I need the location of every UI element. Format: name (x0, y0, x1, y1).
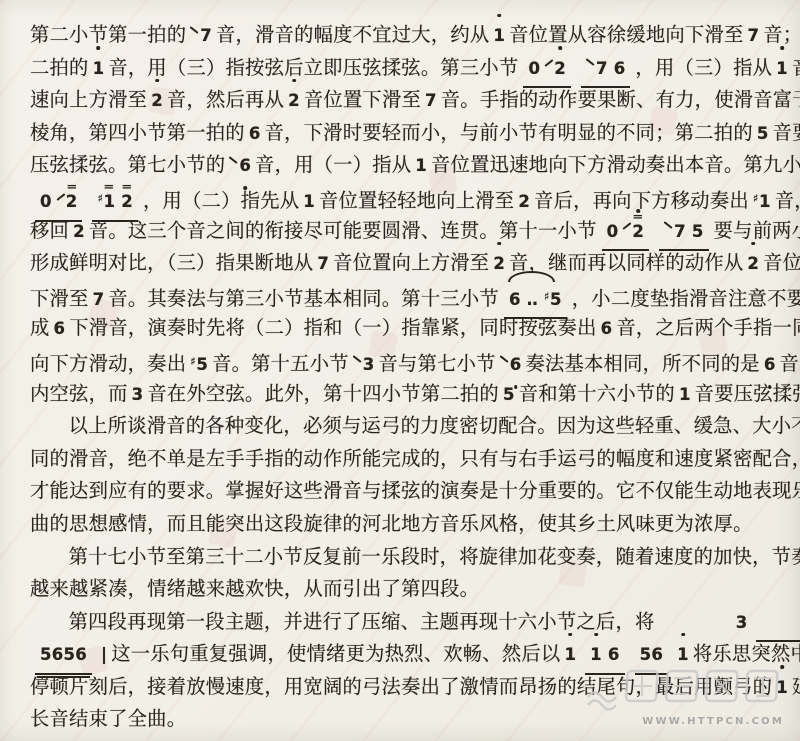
jianpu-note: 1 (677, 639, 689, 672)
text-line: 长音结束了全曲。 (30, 704, 778, 737)
jianpu-note: 5656 (40, 639, 87, 672)
slide-down-icon (663, 221, 672, 229)
text-line: 同的滑音，绝不单是左手手指的动作所能完成的，只有与右手运弓的幅度和速度紧密配合， (30, 444, 778, 477)
jianpu-note: 1 (776, 672, 788, 705)
jianpu-note: 7 (425, 85, 437, 118)
jianpu-note: 6 (500, 349, 522, 382)
jianpu-group: 76 (581, 53, 630, 89)
text-line: 成6下滑音，演奏时先将（二）指和（一）指靠紧，同时按弦奏出6音，之后两个手指一同… (30, 313, 778, 346)
text-run: 向下方滑动，奏出 (30, 354, 186, 375)
text-run: 音在 (780, 354, 800, 375)
text-run: 音。这三个音之间的衔接尽可能要圆滑、连贯。第十一小节 (89, 221, 597, 242)
jianpu-note: 3 (132, 379, 144, 412)
text-run: 音位置从容徐缓地向下滑至 (509, 25, 743, 46)
text-run: 棱角，第四小节第一拍的 (30, 123, 245, 144)
text-line: 棱角，第四小节第一拍的6音，下滑时要轻而小，与前小节有明显的不同；第二拍的5音要 (30, 118, 778, 151)
text-line: 第四段再现第一段主题，并进行了压缩、主题再现十六小节之后，将3352321|72… (30, 607, 778, 640)
text-run: 音在外空弦。此外，第十四小节第二拍的 (147, 384, 499, 405)
jianpu-note: 7 (586, 53, 608, 86)
jianpu-note: 1 (679, 379, 691, 412)
jianpu-note: 5 (757, 118, 769, 151)
text-run: 音要压弦揉弦。 (695, 384, 800, 405)
text-run: 二拍的 (30, 58, 89, 79)
jianpu-note: 6 (608, 639, 620, 672)
text-line: 停顿片刻后，接着放慢速度，用宽阔的弓法奏出了激情而昂扬的结尾句，最后用颤弓的1延 (30, 672, 778, 705)
text-line: 越来越紧凑，情绪越来越欢快，从而引出了第四段。 (30, 574, 778, 607)
jianpu-note: 7 (664, 216, 686, 249)
text-line: 形成鲜明对比，（三）指果断地从7音位置向上方滑至2音，继而再以同样的动作从2音位… (30, 248, 778, 281)
jianpu-note: 2 (58, 186, 78, 219)
jianpu-note: 6 (614, 53, 626, 86)
jianpu-note: 3 (353, 349, 375, 382)
text-run: 音位置迅速地向下方滑动奏出本音。第九小节 (431, 155, 800, 176)
jianpu-note: 1 (776, 53, 788, 86)
jianpu-group: 75 (659, 216, 708, 252)
text-run: 移回 (30, 221, 69, 242)
text-line: 5656|这一乐句重复强调，使情绪更为热烈、欢畅、然后以116561将乐思突然中… (30, 639, 778, 672)
jianpu-note: 2 (747, 248, 759, 281)
text-run: 音位置向上方滑至 (333, 253, 489, 274)
jianpu-note: 2 (73, 216, 85, 249)
jianpu-group: 16 (585, 639, 624, 675)
jianpu-note: 2 (121, 186, 133, 219)
text-run: 音。手指的动作要果断、有力，使滑音富于 (441, 90, 800, 111)
jianpu-note: 2 (288, 85, 300, 118)
text-run: 音位置 (763, 253, 800, 274)
jianpu-note: 6 (509, 284, 521, 317)
jianpu-note: 5 (503, 379, 515, 412)
text-column: 第二小节第一拍的7音，滑音的幅度不宜过大，约从1音位置从容徐缓地向下滑至7音；第… (30, 20, 778, 737)
jianpu-note: 3 (659, 607, 748, 640)
jianpu-note: 0 (528, 53, 540, 86)
slide-down-icon (352, 355, 361, 363)
jianpu-note: 1 (564, 639, 576, 672)
jianpu-note: ♯1 (97, 183, 115, 219)
text-run: 音位置下滑至 (304, 90, 421, 111)
jianpu-group: 02 (602, 216, 649, 252)
text-run: 将乐思突然中断， (693, 644, 800, 665)
text-run: 第四段再现第一段主题，并进行了压缩、主题再现十六小节之后，将 (69, 612, 655, 633)
text-run: 音。其奏法与第三小节基本相同。第十三小节 (108, 289, 499, 310)
jianpu-group: ♯12 (92, 183, 138, 222)
slide-down-icon (499, 355, 508, 363)
text-run: 要与前两小节 (714, 221, 800, 242)
text-run: 越来越紧凑，情绪越来越欢快，从而引出了第四段。 (30, 579, 479, 600)
text-run: 音，继而再以同样的动作从 (509, 253, 743, 274)
text-line: 曲的思想感情，而且能突出这段旋律的河北地方音乐风格，使其乡土风味更为浓厚。 (30, 509, 778, 542)
jianpu-group: 6‥♯5 (504, 281, 567, 320)
text-run: 下滑音，演奏时先将（二）指和（一）指靠紧，同时按弦奏出 (69, 318, 596, 339)
jianpu-note: 2 (493, 248, 505, 281)
jianpu-note: ♯5 (544, 281, 562, 317)
text-run: 音。第十五小节 (212, 354, 349, 375)
jianpu-group: 5656 (35, 639, 92, 675)
slide-down-icon (585, 58, 594, 66)
text-line: 速向上方滑至2音，然后再从2音位置下滑至7音。手指的动作要果断、有力，使滑音富于 (30, 85, 778, 118)
sharp-sign: ♯ (190, 355, 196, 368)
slide-down-icon (190, 26, 199, 34)
jianpu-note: 0 (40, 186, 52, 219)
text-line: 02♯12，用（二）指先从1音位置轻轻地向上滑至2音后，再向下方移动奏出♯1音，… (30, 183, 778, 216)
text-run: 速向上方滑至 (30, 90, 147, 111)
text-run: 音；第 (763, 25, 800, 46)
text-line: 才能达到应有的要求。掌握好这些滑音与揉弦的演奏是十分重要的。它不仅能生动地表现乐 (30, 476, 778, 509)
jianpu-note: 7 (748, 20, 760, 53)
jianpu-note: ♯5 (190, 346, 208, 382)
jianpu-group: 35 (756, 607, 800, 643)
text-run: 曲的思想感情，而且能突出这段旋律的河北地方音乐风格，使其乡土风味更为浓厚。 (30, 514, 753, 535)
sharp-sign: ♯ (97, 192, 103, 205)
text-line: 移回2音。这三个音之间的衔接尽可能要圆滑、连贯。第十一小节0275要与前两小节 (30, 216, 778, 249)
jianpu-note: 6 (764, 349, 776, 382)
sharp-sign: ♯ (544, 290, 550, 303)
text-run: 下滑至 (30, 289, 89, 310)
jianpu-note: 2 (624, 216, 644, 249)
slide-up-icon (623, 222, 632, 230)
jianpu-note: 1 (590, 639, 602, 672)
text-run: 同的滑音，绝不单是左手手指的动作所能完成的，只有与右手运弓的幅度和速度紧密配合， (30, 449, 800, 470)
jianpu-note: 2 (151, 85, 163, 118)
text-run: 音，用（一）指从 (255, 155, 411, 176)
text-run: 音和第十六小节的 (519, 384, 675, 405)
text-run: ，用（二）指先从 (143, 191, 299, 212)
jianpu-note: 6 (54, 313, 66, 346)
text-run: 第二小节第一拍的 (30, 25, 186, 46)
jianpu-note: 1 (493, 20, 505, 53)
text-run: 长音结束了全曲。 (30, 709, 186, 730)
text-run: 奏法基本相同，所不同的是 (525, 354, 759, 375)
slide-up-icon (56, 193, 65, 201)
jianpu-note: 6 (601, 313, 613, 346)
jianpu-note: 0 (607, 216, 619, 249)
jianpu-note: 6 (249, 118, 261, 151)
jianpu-note: 5 (692, 216, 704, 249)
text-line: 内空弦，而3音在外空弦。此外，第十四小节第二拍的5音和第十六小节的1音要压弦揉弦… (30, 379, 778, 412)
text-run: 音要 (773, 123, 800, 144)
text-run: 这一乐句重复强调，使情绪更为热烈、欢畅、然后以 (111, 644, 560, 665)
text-run: 音，而后再 (775, 191, 800, 212)
jianpu-note: 1 (303, 186, 315, 219)
text-line: 以上所谈滑音的各种变化，必须与运弓的力度密切配合。因为这些轻重、缓急、大小不 (30, 411, 778, 444)
jianpu-note: 56 (640, 639, 663, 672)
jianpu-note: 7 (317, 248, 329, 281)
text-line: 向下方滑动，奏出♯5音。第十五小节3音与第七小节6奏法基本相同，所不同的是6音在 (30, 346, 778, 379)
text-run: 才能达到应有的要求。掌握好这些滑音与揉弦的演奏是十分重要的。它不仅能生动地表现乐 (30, 481, 800, 502)
text-line: 第二小节第一拍的7音，滑音的幅度不宜过大，约从1音位置从容徐缓地向下滑至7音；第 (30, 20, 778, 53)
text-line: 二拍的1音，用（三）指按弦后立即压弦揉弦。第三小节0276，用（三）指从1音位置… (30, 53, 778, 86)
jianpu-group: 02 (523, 53, 570, 89)
text-run: 内空弦，而 (30, 384, 128, 405)
slide-down-icon (229, 156, 238, 164)
jianpu-note: ‥ (527, 284, 538, 317)
text-line: 下滑至7音。其奏法与第三小节基本相同。第十三小节6‥♯5，小二度垫指滑音注意不要… (30, 281, 778, 314)
sharp-sign: ♯ (753, 192, 759, 205)
text-line: 压弦揉弦。第七小节的6音，用（一）指从1音位置迅速地向下方滑动奏出本音。第九小节 (30, 150, 778, 183)
text-run: ，用（三）指从 (635, 58, 772, 79)
text-run: ，小二度垫指滑音注意不要奏 (572, 289, 800, 310)
jianpu-note: 2 (518, 186, 530, 219)
text-run: 以上所谈滑音的各种变化，必须与运弓的力度密切配合。因为这些轻重、缓急、大小不 (69, 416, 800, 437)
text-run: 延 (792, 677, 800, 698)
jianpu-note: 7 (190, 20, 212, 53)
jianpu-group: 56 (635, 639, 668, 675)
text-run: 音与第七小节 (379, 354, 496, 375)
jianpu-note: ♯1 (753, 183, 771, 219)
text-run: 音，滑音的幅度不宜过大，约从 (216, 25, 489, 46)
text-run: 音，然后再从 (167, 90, 284, 111)
jianpu-note: 6 (229, 150, 251, 183)
jianpu-note: 1 (93, 53, 105, 86)
slide-up-icon (545, 59, 554, 67)
text-run: 停顿片刻后，接着放慢速度，用宽阔的弓法奏出了激情而昂扬的结尾句，最后用颤弓的 (30, 677, 772, 698)
text-run: 音，用（三）指按弦后立即压弦揉弦。第三小节 (108, 58, 518, 79)
jianpu-note: 2 (546, 53, 566, 86)
text-run: 音，下滑时要轻而小，与前小节有明显的不同；第二拍的 (265, 123, 753, 144)
jianpu-note: 1 (415, 150, 427, 183)
text-run: 形成鲜明对比，（三）指果断地从 (30, 253, 313, 274)
text-run: 音位置轻轻地向上滑至 (319, 191, 514, 212)
text-run: 音位置迅 (792, 58, 800, 79)
jianpu-note: 7 (93, 284, 105, 317)
text-run: 音，之后两个手指一同略微 (616, 318, 800, 339)
jianpu-note: | (101, 639, 107, 672)
text-run: 成 (30, 318, 50, 339)
scanned-book-page: { "colors": { "paper": "#f2efe7", "ink":… (0, 0, 800, 741)
text-run: 第十七小节至第三十二小节反复前一乐段时，将旋律加花变奏，随着速度的加快，节奏 (69, 547, 800, 568)
text-line: 第十七小节至第三十二小节反复前一乐段时，将旋律加花变奏，随着速度的加快，节奏 (30, 542, 778, 575)
